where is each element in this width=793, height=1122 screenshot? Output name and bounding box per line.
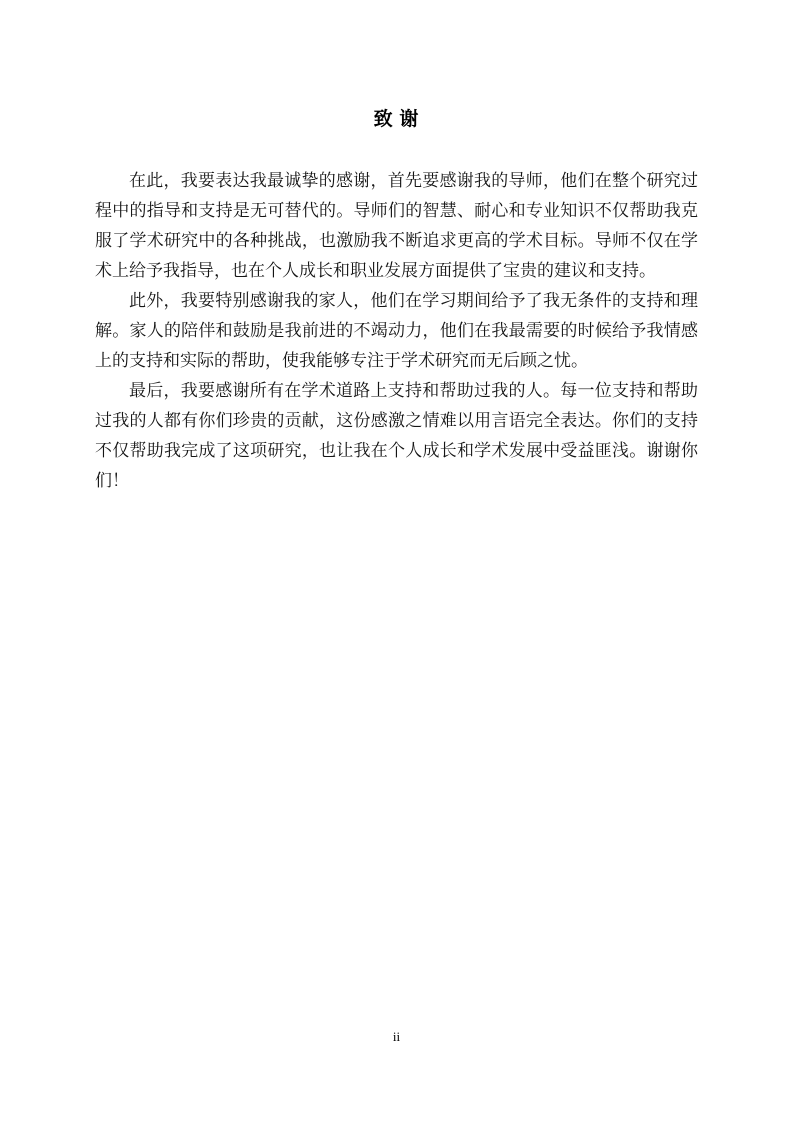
acknowledgment-paragraph-2: 此外，我要特别感谢我的家人，他们在学习期间给予了我无条件的支持和理解。家人的陪伴…	[95, 286, 698, 376]
document-page: 致 谢 在此，我要表达我最诚挚的感谢，首先要感谢我的导师，他们在整个研究过程中的…	[0, 0, 793, 1122]
page-number: ii	[0, 1028, 793, 1046]
page-title: 致 谢	[0, 104, 793, 136]
acknowledgment-paragraph-3: 最后，我要感谢所有在学术道路上支持和帮助过我的人。每一位支持和帮助过我的人都有你…	[95, 376, 698, 496]
acknowledgment-body: 在此，我要表达我最诚挚的感谢，首先要感谢我的导师，他们在整个研究过程中的指导和支…	[95, 166, 698, 496]
acknowledgment-paragraph-1: 在此，我要表达我最诚挚的感谢，首先要感谢我的导师，他们在整个研究过程中的指导和支…	[95, 166, 698, 286]
